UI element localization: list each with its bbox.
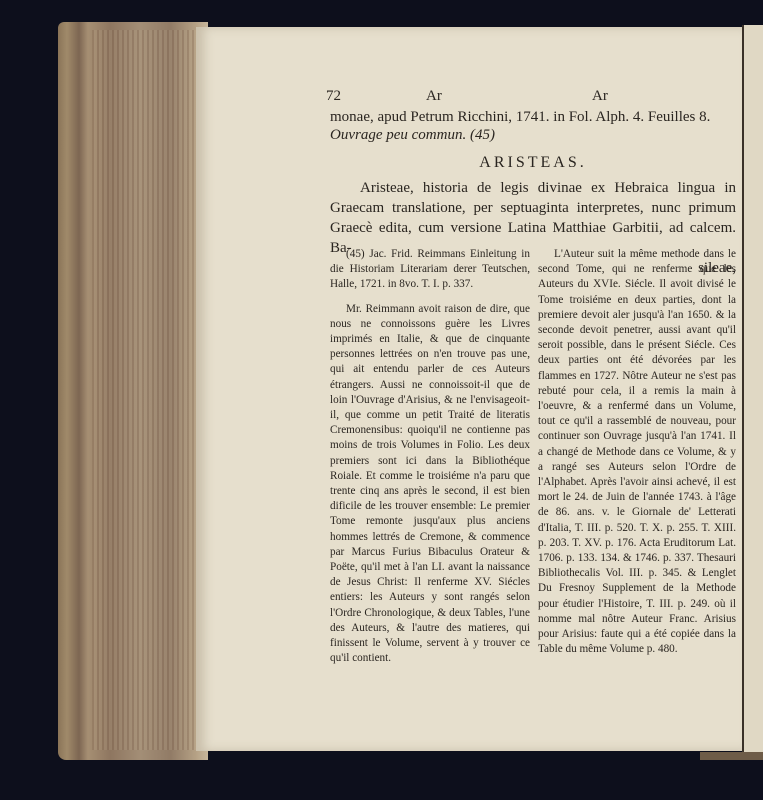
footnote-body-right: L'Auteur suit la même methode dans le se… <box>538 247 736 657</box>
book-cover-bottom <box>700 752 763 760</box>
entry-body: Aristeae, historia de legis divinae ex H… <box>330 180 736 256</box>
footnote-body-left: Mr. Reimmann avoit raison de dire, que n… <box>330 302 530 667</box>
page-edges <box>92 30 202 750</box>
continuation-text: monae, apud Petrum Ricchini, 1741. in Fo… <box>330 108 736 144</box>
footnote-45: (45) Jac. Frid. Reimmans Einleitung in d… <box>330 247 530 293</box>
page-number: 72 <box>326 88 341 105</box>
running-head-left: Ar <box>426 88 442 105</box>
continuation-line-1: monae, apud Petrum Ricchini, 1741. in Fo… <box>330 108 736 126</box>
footnote-column-right: L'Auteur suit la même methode dans le se… <box>538 247 736 666</box>
continuation-line-2: Ouvrage peu commun. (45) <box>330 126 736 144</box>
running-head-right: Ar <box>592 88 608 105</box>
entry-title: ARISTEAS. <box>330 154 736 172</box>
facing-page-edge <box>742 25 763 760</box>
footnote-column-left: (45) Jac. Frid. Reimmans Einleitung in d… <box>330 247 530 675</box>
